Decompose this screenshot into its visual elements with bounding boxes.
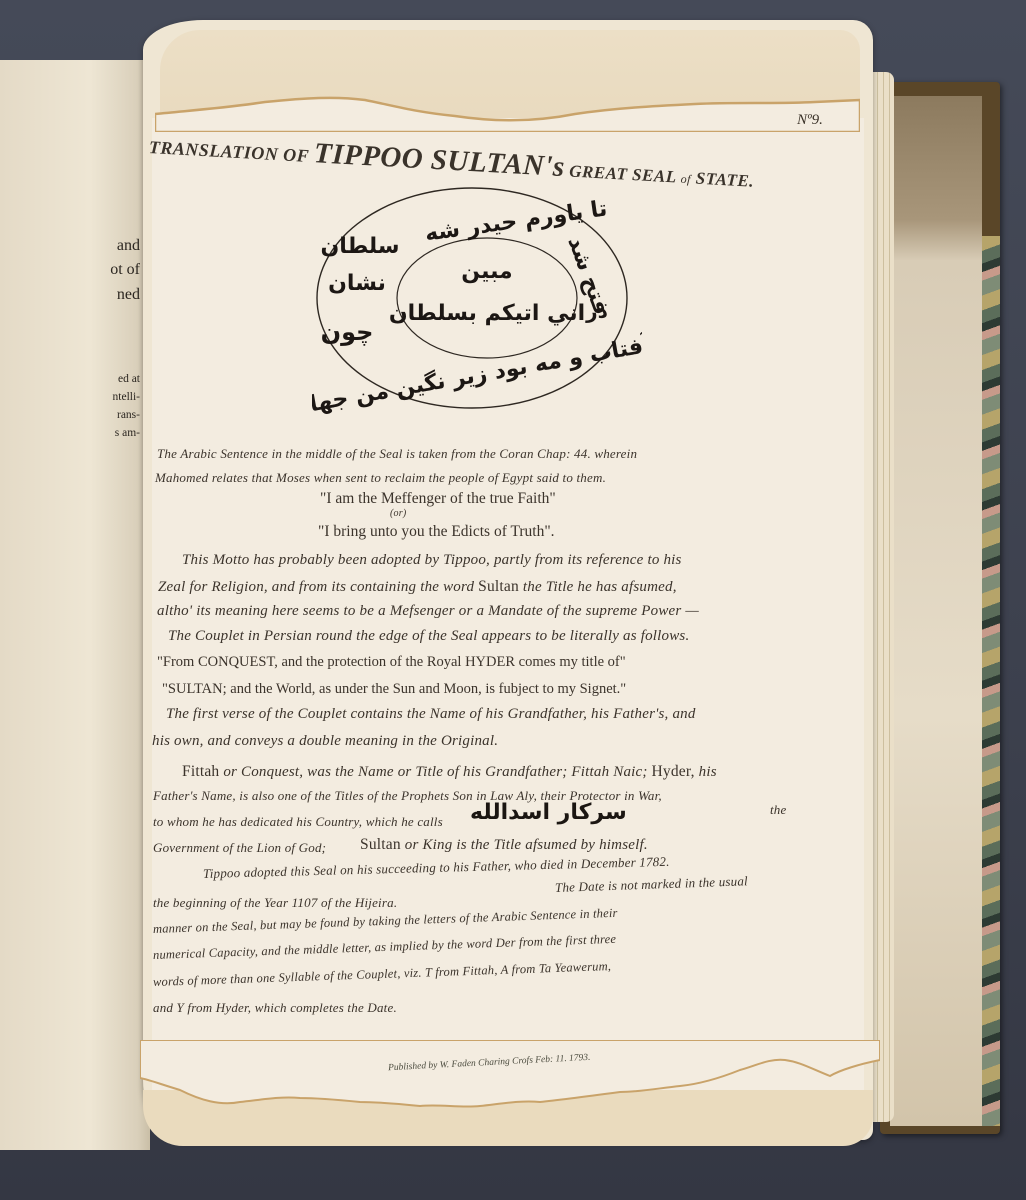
text-line: The Couplet in Persian round the edge of… xyxy=(168,628,689,645)
title-part: STATE. xyxy=(691,168,755,190)
text-span: Sultan xyxy=(478,578,519,595)
text-line: to whom he has dedicated his Country, wh… xyxy=(153,814,443,830)
text-line: Sultan or King is the Title afsumed by h… xyxy=(360,836,648,854)
great-seal: تا ياورم حيدر شه فتح شد در سلطان نشان چو… xyxy=(312,178,642,418)
seal-outer-text: سلطان xyxy=(320,234,399,259)
left-page-fragment: s am- xyxy=(0,424,140,442)
text-span: or Conquest, was the Name or Title of hi… xyxy=(219,764,651,780)
text-span: Hyder, xyxy=(652,763,695,780)
left-page-fragment: ntelli- xyxy=(0,388,140,406)
seal-inner-text: مبين xyxy=(461,259,512,284)
text-span: his xyxy=(695,764,717,780)
text-line: Mahomed relates that Moses when sent to … xyxy=(155,470,606,486)
quote-line: "I bring unto you the Edicts of Truth". xyxy=(318,523,555,541)
quote-line: "From CONQUEST, and the protection of th… xyxy=(157,654,626,671)
text-line: his own, and conveys a double meaning in… xyxy=(152,733,498,750)
text-line: The first verse of the Couplet contains … xyxy=(166,706,696,723)
water-stain-top xyxy=(155,92,860,132)
seal-inner-text: اني اتيكم بسلطان xyxy=(389,301,585,326)
text-span: the Title he has afsumed, xyxy=(519,579,677,595)
title-part: TRANSLATION OF xyxy=(148,137,314,166)
left-page-fragment: ot of xyxy=(0,258,140,282)
text-span: Sultan xyxy=(360,836,401,853)
text-line: the xyxy=(770,802,786,818)
left-page-fragment: ned xyxy=(0,283,140,307)
text-span: Fittah xyxy=(182,763,219,780)
text-line: the beginning of the Year 1107 of the Hi… xyxy=(153,895,397,911)
left-page xyxy=(0,60,150,1150)
cover-endpaper xyxy=(890,96,982,1126)
arabic-sircar-text: سرکار اسدالله xyxy=(470,800,627,825)
or-label: (or) xyxy=(390,508,406,519)
quote-line: "I am the Meffenger of the true Faith" xyxy=(320,490,556,508)
water-stain-bottom xyxy=(140,1040,880,1140)
text-line: and Y from Hyder, which completes the Da… xyxy=(153,1000,397,1016)
text-line: This Motto has probably been adopted by … xyxy=(182,552,682,569)
text-line: Fittah or Conquest, was the Name or Titl… xyxy=(182,763,717,781)
left-page-fragment: rans- xyxy=(0,406,140,424)
text-span: or King is the Title afsumed by himself. xyxy=(401,837,648,853)
seal-outer-text: در xyxy=(585,299,608,323)
text-line: The Arabic Sentence in the middle of the… xyxy=(157,446,637,462)
marbled-cover-edge xyxy=(982,236,1000,1126)
seal-outer-text: چون xyxy=(321,318,374,346)
quote-line: "SULTAN; and the World, as under the Sun… xyxy=(162,681,626,698)
text-line: Government of the Lion of God; xyxy=(153,840,326,856)
left-page-fragment: ed at xyxy=(0,370,140,388)
text-line: Zeal for Religion, and from its containi… xyxy=(158,578,677,596)
plate-number: Nº9. xyxy=(797,112,823,129)
text-line: altho' its meaning here seems to be a Me… xyxy=(157,603,699,620)
text-span: Zeal for Religion, and from its containi… xyxy=(158,579,478,595)
left-page-fragment: and xyxy=(0,234,140,258)
seal-outer-text: نشان xyxy=(328,271,386,296)
